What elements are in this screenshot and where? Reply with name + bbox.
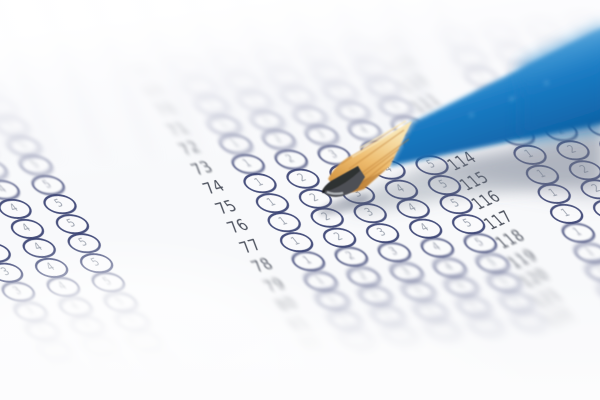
bubble-digit: 4 xyxy=(370,144,383,155)
answer-bubble: 5 xyxy=(26,173,69,196)
bubble-digit: 5 xyxy=(53,199,66,210)
bubble-digit: 3 xyxy=(315,129,328,140)
bubble-digit: 1 xyxy=(584,247,597,258)
bubble-digit: 3 xyxy=(279,71,292,82)
bubble-digit: 1 xyxy=(463,52,476,63)
bubble-digit: 1 xyxy=(511,130,524,141)
answer-bubble: 5 xyxy=(87,271,130,294)
bubble-digit: 2 xyxy=(566,145,579,156)
answer-bubble: 2 xyxy=(515,80,558,103)
answer-bubble: 3 xyxy=(0,222,4,245)
answer-bubble: 2 xyxy=(551,139,594,162)
bubble-digit: 1 xyxy=(560,208,573,219)
bubble-digit: 2 xyxy=(369,290,382,301)
answer-bubble: 5 xyxy=(123,329,166,352)
answer-bubble: 4 xyxy=(565,13,600,36)
bubble-digit: 4 xyxy=(69,301,82,312)
answer-bubble: 3 xyxy=(421,319,464,342)
bubble-digit: 1 xyxy=(548,188,561,199)
answer-bubble: 3 xyxy=(397,280,440,303)
answer-bubble: 1 xyxy=(496,124,539,147)
bubble-digit: 3 xyxy=(339,168,352,179)
bubble-digit: 3 xyxy=(303,110,316,121)
bubble-digit: 4 xyxy=(346,105,359,116)
bubble-digit: 4 xyxy=(455,281,468,292)
bubble-digit: 2 xyxy=(518,67,531,78)
bubble-digit: 2 xyxy=(578,164,591,175)
answer-bubble: 2 xyxy=(378,323,421,346)
answer-bubble: 3 xyxy=(534,37,577,60)
bubble-digit: 3 xyxy=(0,247,1,258)
bubble-digit: 2 xyxy=(554,125,567,136)
bubble-digit: 2 xyxy=(542,106,555,117)
bubble-digit: 4 xyxy=(479,320,492,331)
bubble-digit: 3 xyxy=(364,207,377,218)
answer-bubble: 1 xyxy=(520,163,563,186)
answer-bubble: 5 xyxy=(50,212,93,235)
bubble-digit: 1 xyxy=(596,266,600,277)
bubble-digit: 1 xyxy=(205,100,218,111)
bubble-digit: 3 xyxy=(573,82,586,93)
bubble-digit: 4 xyxy=(394,183,407,194)
bubble-digit: 3 xyxy=(376,227,389,238)
bubble-digit: 1 xyxy=(290,236,303,247)
answer-bubble: 2 xyxy=(366,304,409,327)
bubble-digit: 1 xyxy=(265,197,278,208)
answer-bubble: 3 xyxy=(0,280,40,303)
bubble-digit: 4 xyxy=(592,38,600,49)
answer-bubble: 1 xyxy=(533,182,576,205)
answer-bubble: 1 xyxy=(460,65,503,88)
bubble-digit: 3 xyxy=(436,324,449,335)
answer-bubble: 4 xyxy=(452,295,495,318)
bubble-digit: 4 xyxy=(93,340,106,351)
bubble-digit: 2 xyxy=(333,231,346,242)
bubble-digit: 4 xyxy=(310,47,323,58)
answer-bubble: 2 xyxy=(588,197,600,220)
answer-bubble: 5 xyxy=(63,232,106,255)
answer-bubble: 3 xyxy=(9,300,52,323)
bubble-digit: 2 xyxy=(494,28,507,39)
answer-bubble: 4 xyxy=(42,275,85,298)
bubble-digit: 1 xyxy=(193,80,206,91)
answer-bubble: 4 xyxy=(379,178,422,201)
answer-bubble: 2 xyxy=(281,167,324,190)
answer-bubble: 3 xyxy=(373,241,416,264)
answer-bubble: 5 xyxy=(38,193,81,216)
answer-bubble: 3 xyxy=(409,299,452,322)
answer-bubble: 2 xyxy=(491,41,534,64)
bubble-digit: 4 xyxy=(0,184,10,195)
bubble-digit: 3 xyxy=(267,51,280,62)
bubble-digit: 1 xyxy=(253,178,266,189)
answer-bubble: 3 xyxy=(594,134,600,157)
answer-bubble: 1 xyxy=(593,280,600,303)
bubble-digit: 2 xyxy=(260,114,273,125)
answer-bubble: 2 xyxy=(576,178,600,201)
answer-bubble: 2 xyxy=(306,206,349,229)
answer-bubble: 2 xyxy=(527,100,570,123)
bubble-digit: 2 xyxy=(591,184,600,195)
bubble-digit: 4 xyxy=(443,261,456,272)
bubble-digit: 4 xyxy=(467,300,480,311)
bubble-digit: 5 xyxy=(102,277,115,288)
answer-bubble: 3 xyxy=(0,241,16,264)
answer-bubble: 3 xyxy=(0,261,28,284)
answer-bubble: 4 xyxy=(66,314,109,337)
answer-bubble: 1 xyxy=(581,260,600,283)
answer-bubble: 1 xyxy=(508,143,551,166)
bubble-digit: 1 xyxy=(535,169,548,180)
bubble-digit: 1 xyxy=(475,71,488,82)
answer-bubble: 3 xyxy=(570,95,600,118)
bubble-digit: 1 xyxy=(217,119,230,130)
bubble-digit: 3 xyxy=(424,305,437,316)
answer-bubble: 1 xyxy=(323,308,366,331)
bubble-digit: 4 xyxy=(382,164,395,175)
bubble-digit: 1 xyxy=(314,275,327,286)
answer-bubble: 4 xyxy=(589,52,600,75)
bubble-digit: 1 xyxy=(487,91,500,102)
answer-bubble: 1 xyxy=(311,289,354,312)
bubble-digit: 5 xyxy=(150,355,163,366)
answer-bubble: 4 xyxy=(577,32,600,55)
bubble-digit: 5 xyxy=(17,140,30,151)
bubble-digit: 2 xyxy=(308,192,321,203)
bubble-digit: 1 xyxy=(499,110,512,121)
bubble-digit: 4 xyxy=(358,125,371,136)
answer-bubble: 3 xyxy=(558,76,600,99)
bubble-digit: 2 xyxy=(506,47,519,58)
bubble-digit: 5 xyxy=(78,238,91,249)
answer-bubble: 4 xyxy=(18,236,61,259)
bubble-digit: 3 xyxy=(60,364,73,375)
answer-bubble: 5 xyxy=(135,349,178,372)
bubble-digit: 3 xyxy=(400,266,413,277)
bubble-digit: 2 xyxy=(357,270,370,281)
bubble-digit: 1 xyxy=(451,32,464,43)
answer-bubble: 2 xyxy=(354,284,397,307)
answer-bubble: 1 xyxy=(335,328,378,351)
bubble-digit: 3 xyxy=(48,344,61,355)
answer-bubble: 5 xyxy=(75,251,118,274)
answer-bubble: 2 xyxy=(342,265,385,288)
bubble-digit: 3 xyxy=(327,149,340,160)
bubble-digit: 1 xyxy=(181,61,194,72)
bubble-digit: 5 xyxy=(126,316,139,327)
bubble-digit: 2 xyxy=(296,173,309,184)
bubble-digit: 1 xyxy=(326,295,339,306)
bubble-digit: 3 xyxy=(388,246,401,257)
bubble-digit: 5 xyxy=(65,218,78,229)
answer-bubble: 4 xyxy=(30,256,73,279)
bubble-digit: 5 xyxy=(29,160,42,171)
bubble-digit: 5 xyxy=(41,179,54,190)
bubble-digit: 4 xyxy=(45,262,58,273)
answer-bubble: 2 xyxy=(330,245,373,268)
bubble-digit: 4 xyxy=(81,320,94,331)
bubble-digit: 1 xyxy=(572,227,585,238)
answer-bubble: 1 xyxy=(275,230,318,253)
bubble-digit: 2 xyxy=(272,134,285,145)
bubble-digit: 5 xyxy=(5,121,18,132)
bubble-digit: 3 xyxy=(24,305,37,316)
bubble-digit: 2 xyxy=(284,153,297,164)
bubble-digit: 3 xyxy=(36,325,49,336)
bubble-digit: 2 xyxy=(381,309,394,320)
photo-answer-sheet-with-pencil: 3456812345108123453456912345109123453457… xyxy=(0,0,600,400)
bubble-digit: 2 xyxy=(236,75,249,86)
answer-bubble: 2 xyxy=(563,158,600,181)
answer-bubble: 4 xyxy=(464,314,507,337)
answer-bubble: 1 xyxy=(545,202,588,225)
answer-bubble: 2 xyxy=(479,22,522,45)
bubble-digit: 1 xyxy=(523,149,536,160)
answer-bubble: 2 xyxy=(318,226,361,249)
bubble-digit: 5 xyxy=(138,335,151,346)
bubble-digit: 4 xyxy=(322,66,335,77)
answer-bubble: 3 xyxy=(336,182,379,205)
bubble-digit: 3 xyxy=(0,266,13,277)
bubble-digit: 3 xyxy=(585,101,598,112)
answer-bubble: 5 xyxy=(111,310,154,333)
answer-bubble: 1 xyxy=(238,172,281,195)
answer-bubble: 4 xyxy=(54,295,97,318)
answer-bubble: 1 xyxy=(299,269,342,292)
answer-bubble: 1 xyxy=(287,250,330,273)
answer-bubble: 3 xyxy=(361,221,404,244)
bubble-digit: 1 xyxy=(338,314,351,325)
answer-bubble: 3 xyxy=(33,339,76,362)
bubble-digit: 2 xyxy=(321,212,334,223)
answer-bubble: 3 xyxy=(546,56,589,79)
bubble-digit: 1 xyxy=(302,256,315,267)
bubble-digit: 4 xyxy=(419,222,432,233)
answer-bubble: 3 xyxy=(45,358,88,381)
answer-bubble: 5 xyxy=(99,290,142,313)
bubble-digit: 4 xyxy=(431,242,444,253)
answer-bubble: 3 xyxy=(21,319,64,342)
bubble-digit: 3 xyxy=(537,23,550,34)
bubble-digit: 3 xyxy=(412,285,425,296)
bubble-digit: 3 xyxy=(549,43,562,54)
bubble-digit: 4 xyxy=(8,203,21,214)
answer-bubble: 3 xyxy=(349,202,392,225)
answer-bubble: 2 xyxy=(539,119,582,142)
answer-bubble: 1 xyxy=(569,241,600,264)
bubble-digit: 3 xyxy=(561,62,574,73)
bubble-digit: 4 xyxy=(105,359,118,370)
answer-bubble: 4 xyxy=(78,334,121,357)
bubble-digit: 3 xyxy=(12,286,25,297)
bubble-digit: 5 xyxy=(90,257,103,268)
bubble-digit: 1 xyxy=(241,158,254,169)
bubble-digit: 2 xyxy=(393,329,406,340)
bubble-digit: 3 xyxy=(291,90,304,101)
answer-bubble: 3 xyxy=(385,260,428,283)
answer-bubble: 4 xyxy=(416,236,459,259)
answer-bubble: 4 xyxy=(5,217,48,240)
bubble-digit: 2 xyxy=(224,56,237,67)
bubble-digit: 4 xyxy=(580,19,593,30)
answer-bubble: 4 xyxy=(404,217,447,240)
bubble-digit: 4 xyxy=(334,86,347,97)
answer-bubble: 4 xyxy=(0,178,25,201)
answer-bubble: 3 xyxy=(582,115,600,138)
bubble-digit: 1 xyxy=(278,217,291,228)
answer-bubble: 4 xyxy=(392,197,435,220)
bubble-digit: 4 xyxy=(20,223,33,234)
answer-bubble: 1 xyxy=(250,191,293,214)
answer-bubble: 4 xyxy=(440,275,483,298)
answer-bubble: 4 xyxy=(428,256,471,279)
answer-bubble: 4 xyxy=(90,353,133,376)
bubble-digit: 3 xyxy=(351,188,364,199)
bubble-digit: 5 xyxy=(114,296,127,307)
answer-bubble: 3 xyxy=(522,17,565,40)
answer-bubble: 2 xyxy=(293,187,336,210)
bubble-digit: 2 xyxy=(248,95,261,106)
bubble-digit: 4 xyxy=(57,281,70,292)
answer-bubble: 4 xyxy=(0,197,37,220)
answer-bubble: 2 xyxy=(503,61,546,84)
bubble-digit: 2 xyxy=(345,251,358,262)
bubble-digit: 4 xyxy=(33,242,46,253)
answer-bubble: 1 xyxy=(557,221,600,244)
bubble-digit: 1 xyxy=(229,139,242,150)
bubble-digit: 4 xyxy=(407,203,420,214)
answer-bubble: 1 xyxy=(472,85,515,108)
bubble-digit: 1 xyxy=(350,334,363,345)
bubble-digit: 2 xyxy=(530,86,543,97)
answer-bubble: 1 xyxy=(484,104,527,127)
bubble-digit: 5 xyxy=(0,101,6,112)
answer-bubble: 1 xyxy=(263,211,306,234)
